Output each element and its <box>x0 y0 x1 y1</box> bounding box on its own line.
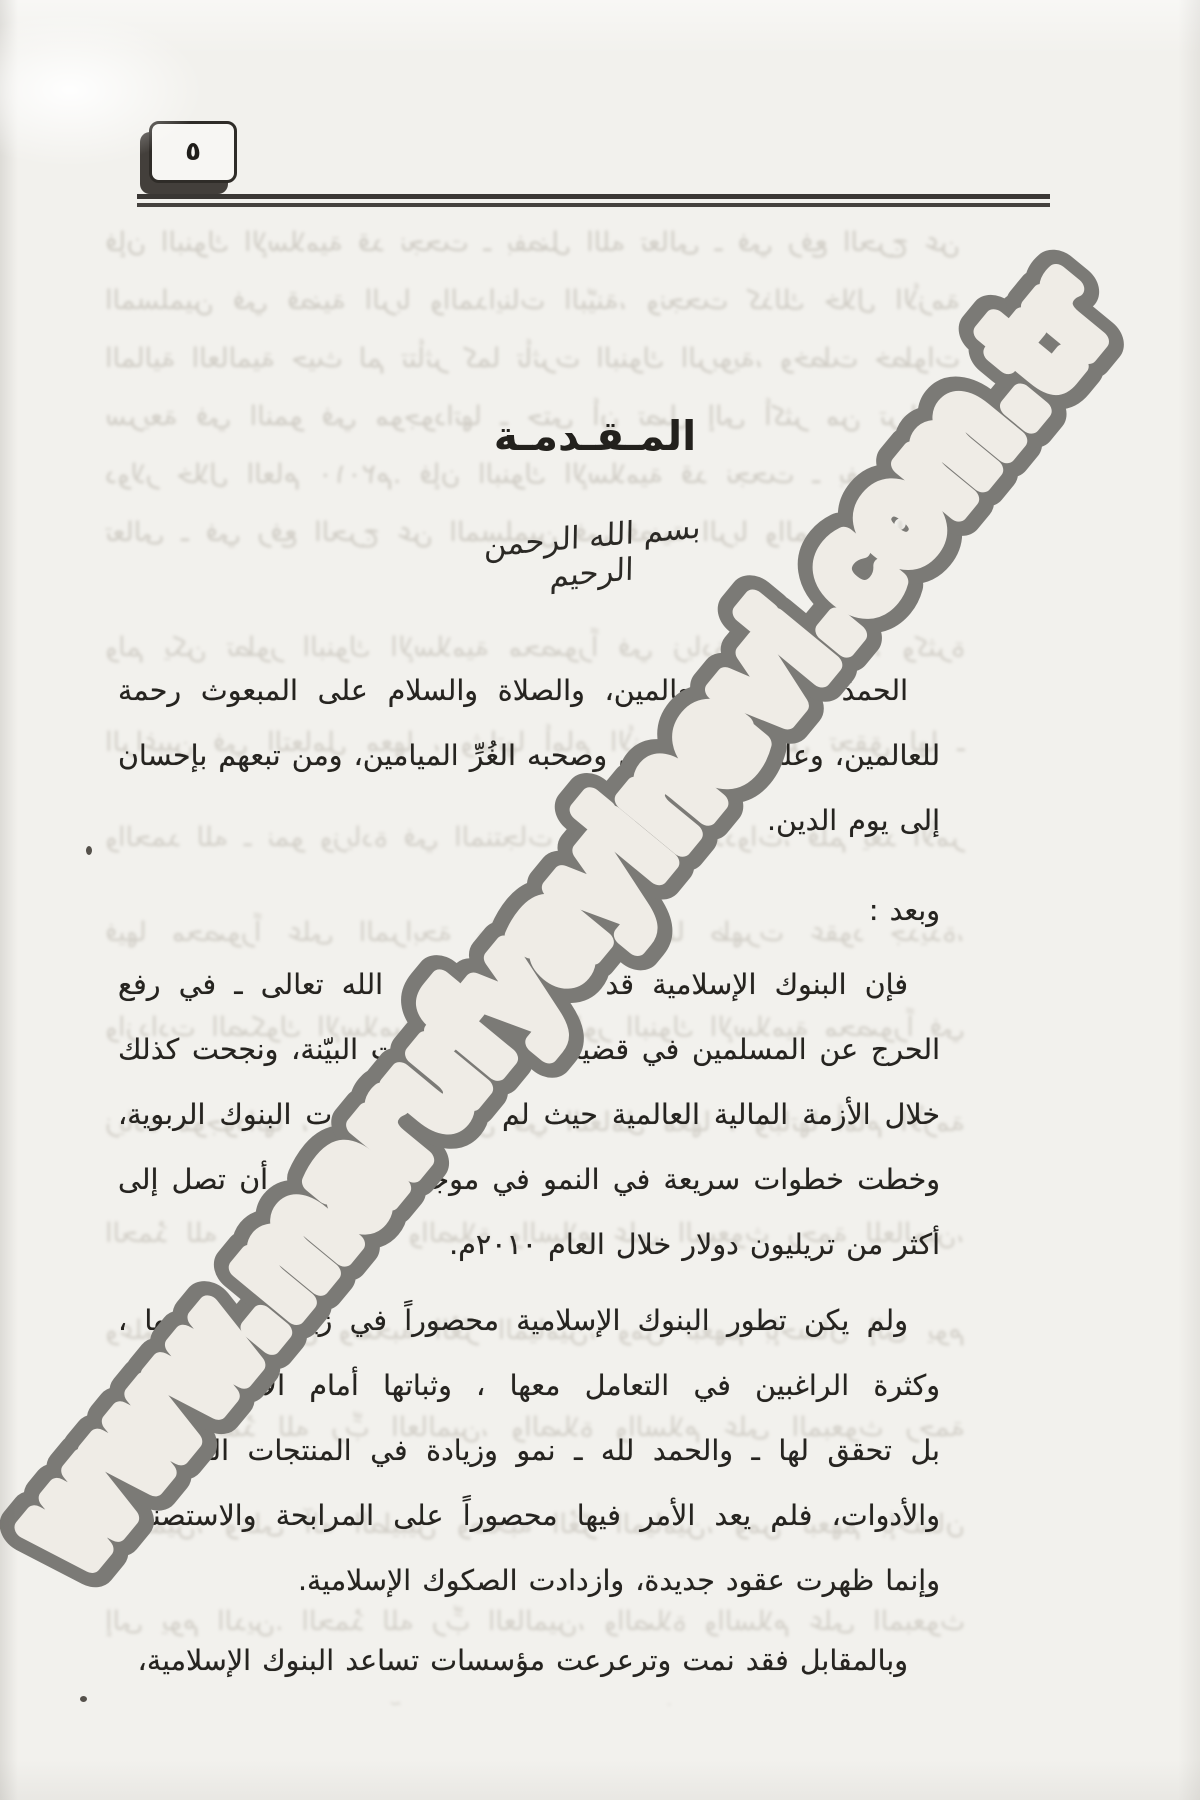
text-line: بل تحقق لها ـ والحمد لله ـ نمو وزيادة في… <box>118 1418 940 1483</box>
paragraph: فإن البنوك الإسلامية قد نجحت ـ بفضل الله… <box>118 952 940 1277</box>
text-line: إلى يوم الدين. <box>118 788 940 853</box>
text-line: وإنما ظهرت عقود جديدة، وازدادت الصكوك ال… <box>118 1548 940 1613</box>
text-line: الحمدُ لله ربِّ العالمين، والصلاة والسلا… <box>118 658 940 723</box>
text-line: ولم يكن تطور البنوك الإسلامية محصوراً في… <box>118 1288 940 1353</box>
text-line: خلال الأزمة المالية العالمية حيث لم تتأث… <box>118 1082 940 1147</box>
text-line: والأدوات، فلم يعد الأمر فيها محصوراً على… <box>118 1483 940 1548</box>
header-rule-bottom <box>137 203 1050 207</box>
scan-speck <box>86 846 92 855</box>
text-line: أكثر من تريليون دولار خلال العام ٢٠١٠م. <box>118 1212 940 1277</box>
scanned-book-page: { "page": { "number": "٥", "title": "الم… <box>0 0 1200 1800</box>
text-line: فإن البنوك الإسلامية قد نجحت ـ بفضل الله… <box>118 952 940 1017</box>
page-number: ٥ <box>185 137 201 167</box>
bleedthrough-text: فإن البنوك الإسلامية قد نجحت ـ بفضل الله… <box>105 214 960 559</box>
text-line: وكثرة الراغبين في التعامل معها ، وثباتها… <box>118 1353 940 1418</box>
page-number-plate: ٥ <box>149 121 237 183</box>
text-line: للعالمين، وعلى آله الطيبين وصحبه الغُرِّ… <box>118 723 940 788</box>
header-rule-top <box>137 194 1050 199</box>
text-line: وخطت خطوات سريعة في النمو في موجوداتها ـ… <box>118 1147 940 1212</box>
chapter-title: المـقـدمـة <box>0 412 1190 460</box>
text-line: الحرج عن المسلمين في قضية الربا والمداين… <box>118 1017 940 1082</box>
text-line: وبعد : <box>118 878 940 943</box>
scan-speck <box>80 1696 87 1702</box>
paragraph: ولم يكن تطور البنوك الإسلامية محصوراً في… <box>118 1288 940 1613</box>
paragraph: وبالمقابل فقد نمت وترعرعت مؤسسات تساعد ا… <box>118 1628 940 1693</box>
basmala-calligraphy: بسم الله الرحمن الرحيم <box>452 507 732 604</box>
text-line: وبالمقابل فقد نمت وترعرعت مؤسسات تساعد ا… <box>118 1628 940 1693</box>
paragraph: الحمدُ لله ربِّ العالمين، والصلاة والسلا… <box>118 658 940 853</box>
paragraph: وبعد : <box>118 878 940 943</box>
